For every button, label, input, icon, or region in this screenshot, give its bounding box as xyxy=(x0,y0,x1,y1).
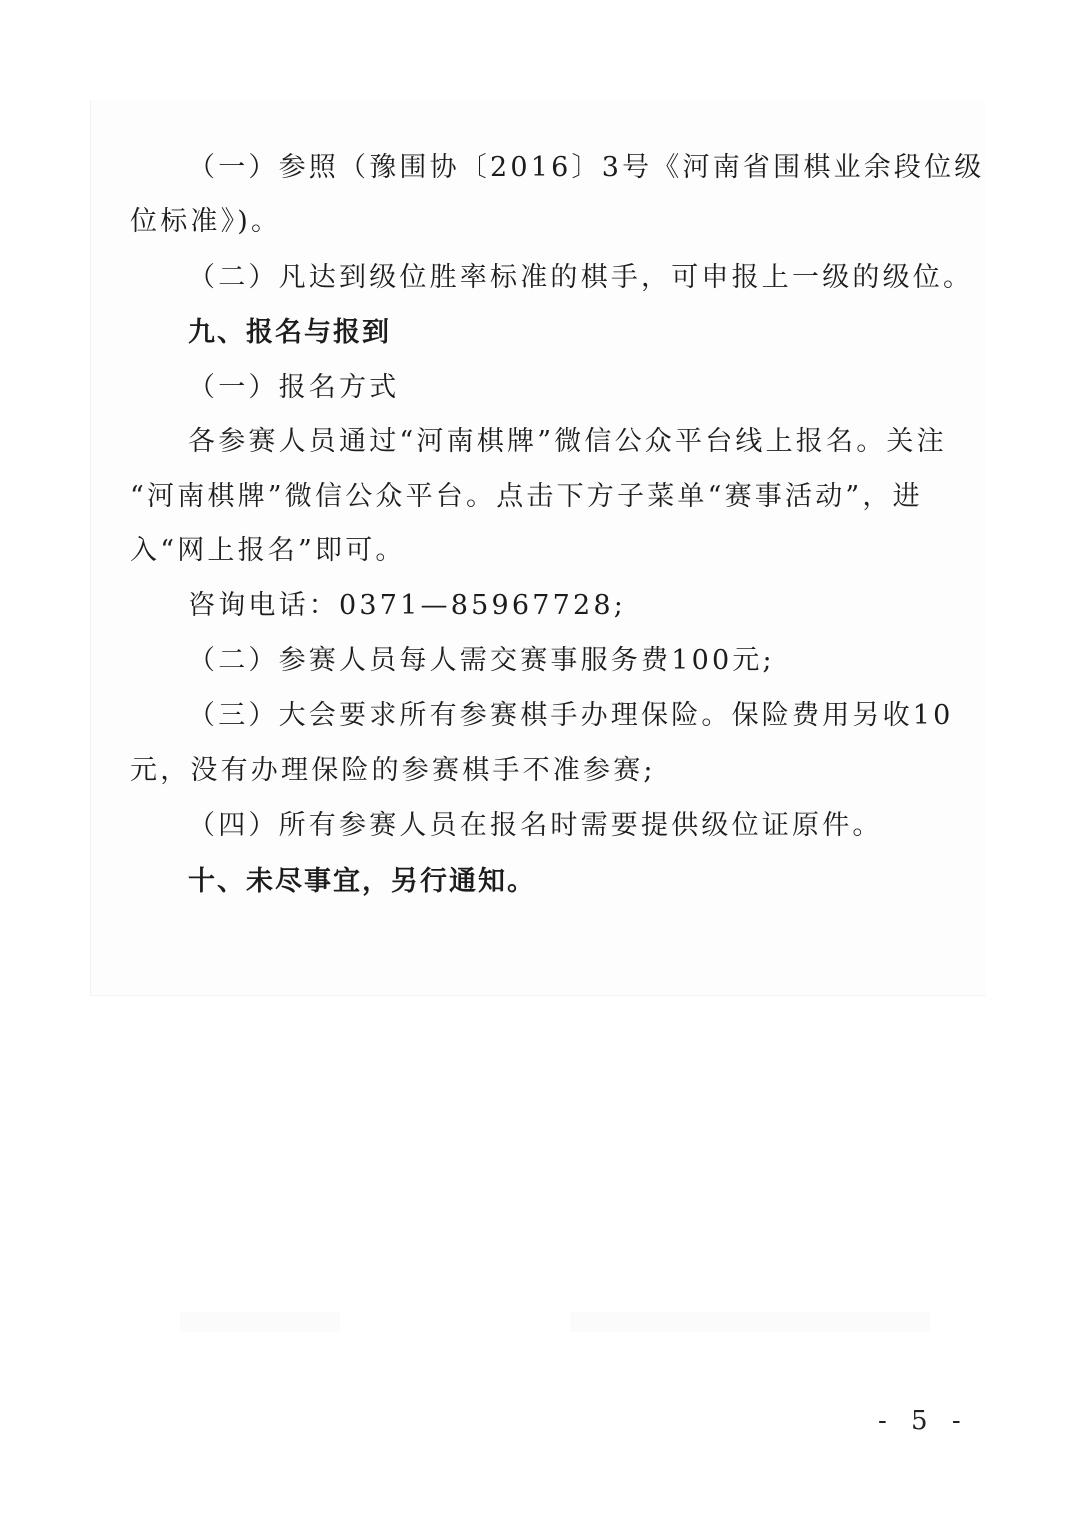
section-9-heading: 九、报名与报到 xyxy=(188,316,998,350)
registration-paragraph-line-3: 入“网上报名”即可。 xyxy=(130,534,940,568)
clause-9-3-insurance-line-1: （三）大会要求所有参赛棋手办理保险。保险费用另收10 xyxy=(188,699,998,733)
subsection-9-1-title: （一）报名方式 xyxy=(188,371,998,405)
clause-8-1-line-1: （一）参照（豫围协〔2016〕3号《河南省围棋业余段位级 xyxy=(188,151,998,185)
clause-8-2: （二）凡达到级位胜率标准的棋手，可申报上一级的级位。 xyxy=(188,261,998,295)
clause-9-4-certificate: （四）所有参赛人员在报名时需要提供级位证原件。 xyxy=(188,809,998,843)
page-number: - 5 - xyxy=(878,1406,969,1436)
registration-paragraph-line-2: “河南棋牌”微信公众平台。点击下方子菜单“赛事活动”，进 xyxy=(130,480,940,514)
document-page: （一）参照（豫围协〔2016〕3号《河南省围棋业余段位级 位标准》)。 （二）凡… xyxy=(0,0,1080,1529)
clause-8-1-line-2: 位标准》)。 xyxy=(130,205,940,239)
clause-9-2-fee: （二）参赛人员每人需交赛事服务费100元; xyxy=(188,644,998,678)
contact-phone: 咨询电话：0371—85967728; xyxy=(188,589,998,623)
bleed-through-mark xyxy=(180,1312,340,1332)
registration-paragraph-line-1: 各参赛人员通过“河南棋牌”微信公众平台线上报名。关注 xyxy=(188,425,998,459)
section-10-heading: 十、未尽事宜，另行通知。 xyxy=(188,865,998,899)
clause-9-3-insurance-line-2: 元，没有办理保险的参赛棋手不准参赛; xyxy=(130,754,940,788)
bleed-through-mark xyxy=(570,1312,930,1332)
